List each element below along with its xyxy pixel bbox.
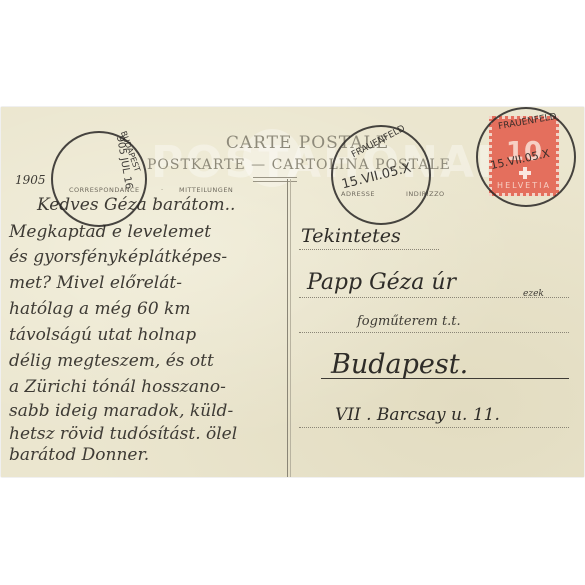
address-salutation: Tekintetes bbox=[301, 225, 401, 247]
label-mitteilungen: MITTEILUNGEN bbox=[179, 186, 233, 194]
message-line: távolságú utat holnap bbox=[9, 325, 196, 345]
message-line: délig megteszem, és ott bbox=[9, 351, 214, 371]
address-occupation: fogműterem t.t. bbox=[357, 314, 461, 329]
postmark-frauenfeld: FRAUENFELD 15.VII.05.X bbox=[331, 125, 431, 225]
address-city: Budapest. bbox=[331, 349, 468, 380]
label-separator: · bbox=[161, 186, 164, 194]
message-line: sabb ideig maradok, küld- bbox=[9, 401, 233, 421]
message-line: met? Mivel előrelát- bbox=[9, 273, 182, 293]
address-name: Papp Géza úr bbox=[307, 270, 456, 295]
message-line: hatólag a még 60 km bbox=[9, 299, 190, 319]
message-signature: barátod Donner. bbox=[9, 445, 149, 465]
postmark-budapest: 905 JUL 16 BUDAPEST bbox=[51, 131, 147, 227]
postcard-back: POSTAHONAP CARTE POSTALE POSTKARTE — CAR… bbox=[1, 107, 584, 477]
year-note: 1905 bbox=[15, 173, 46, 187]
message-line: a Zürichi tónál hosszano- bbox=[9, 377, 226, 397]
address-note: ezek bbox=[523, 289, 544, 299]
center-divider bbox=[287, 179, 291, 477]
message-line: hetsz rövid tudósítást. ölel bbox=[9, 424, 237, 444]
postmark-stamp-cancel: FRAUENFELD 15.VII.05.X bbox=[476, 107, 576, 207]
address-street: VII . Barcsay u. 11. bbox=[335, 405, 500, 425]
message-line: és gyorsfényképlátképes- bbox=[9, 247, 227, 267]
